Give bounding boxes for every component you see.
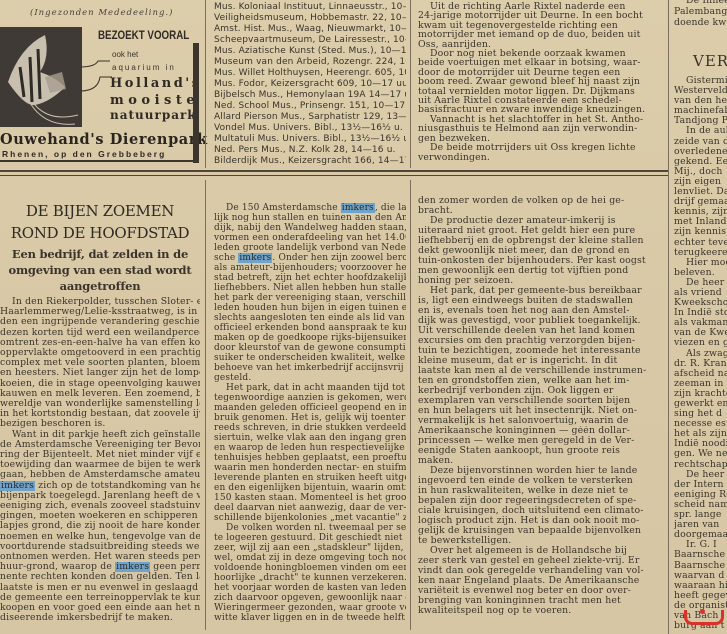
text-line: lenvliet. Dat (674, 187, 727, 197)
text-line: Gistermiddag (674, 76, 727, 86)
text-line: en waarop de leden hun respectievelijke … (214, 443, 406, 453)
museum-listing: Mus. Willet Holthuysen, Heerengr. 605, 1… (214, 68, 406, 79)
text-line: Want in dit parkje heeft zich geïnstalle… (0, 430, 200, 440)
text-line: noemen en welke hun, tengevolge van de (0, 532, 200, 542)
text-line: kauwen en melk leveren. Een zoemend, bez… (0, 389, 200, 399)
text-line: gelijk de kruisingen van bepaalde bijenv… (418, 526, 663, 536)
search-highlight: imkers (0, 481, 35, 491)
text-line: zich daarvoor opgeven, gewoonlijk naar d… (214, 593, 406, 603)
text-line: is, ligt een eindweegs buiten de stadswa… (418, 296, 663, 306)
right-column-article: GistermiddagWesterveldvan den heermachin… (674, 76, 727, 634)
text-line: men gewoonlijk een dertig tot vijftien p… (418, 266, 663, 276)
museum-listing: Amst. Hist. Mus., Waag, Nieuwmarkt, 10—1… (214, 24, 406, 35)
text-line: Oss, aanrijden. (418, 40, 663, 49)
text-line: Uit de richting Aarle Rixtel naderde een (418, 2, 663, 11)
text-line: slechts aangesloten ten einde als lid va… (214, 313, 406, 323)
text-line: door kleurstof van de gewone consumptie- (214, 343, 406, 353)
text-line: gewerkt en (674, 399, 727, 409)
ad-text: natuurpark (110, 108, 197, 122)
text-line: waarin men honderden nectar- en stuifmee… (214, 463, 406, 473)
text-line: spr. lange (674, 510, 727, 520)
text-line: brenging van koninginnen tracht men het (418, 596, 663, 606)
text-line: van den heer (674, 96, 727, 106)
text-line: en hun belagers uit het insectenrijk. Ni… (418, 406, 663, 416)
text-line: lijk nog hun stallen en tuinen aan den A… (214, 213, 406, 223)
text-line: ring der Bijenteelt. Met niet minder vij… (0, 450, 200, 460)
text-line: door de motorrijder uit Deurne tegen een (418, 68, 663, 77)
text-line: basisfractuur en zware inwendige kneuzin… (418, 105, 663, 114)
text-line: bezigen beschoren is. (0, 419, 200, 429)
text-line: dijk, nabij den Wandelweg hadden staan, (214, 223, 406, 233)
text-line: rechtschape (674, 460, 727, 470)
text-line: liefhebbers. Niet allen hebben hun stall… (214, 283, 406, 293)
text-line: en is, evenals toen het nog aan den Amst… (418, 306, 663, 316)
text-line: imkers zich op de totstandkoming van het (0, 481, 200, 491)
text-line: doende kwam (674, 17, 727, 28)
text-line: Wieringermeer gezonden, waar groote veld… (214, 603, 406, 613)
text-line: eeniging zich, evenals zooveel stadstuin… (0, 501, 200, 511)
text-line: beide voertuigen met elkaar in botsing, … (418, 58, 663, 67)
column-divider (205, 0, 206, 168)
text-line: dijk was gevestigd, voor publiek toegank… (418, 316, 663, 326)
red-annotation-dot (700, 609, 705, 614)
text-line: witte klaver liggen en in de tweede helf… (214, 613, 406, 623)
text-line: gen bezweken. (418, 134, 663, 143)
text-line: zeer sterk van gestel en geheel ziekte-v… (418, 556, 663, 566)
text-line: laatste kan men al de verschillende inst… (418, 366, 663, 376)
text-line: gekend. Een (674, 157, 727, 167)
text-line: ciale kruisingen, doch uitsluitend een c… (418, 506, 663, 516)
text-line: Haarlemmerweg/Lelie-ksstraatweg, is in h… (0, 307, 200, 317)
text-line: doorgemaal (674, 530, 727, 540)
text-line: in het kortstondig bestaan, dat zoovele … (0, 409, 200, 419)
text-line: vindt dan ook geregelde verhandeling van… (418, 566, 663, 576)
search-highlight: imkers (238, 253, 272, 263)
section-rule (0, 175, 668, 176)
text-line: verwondingen. (418, 153, 663, 162)
text-line: eenigde Staten aankoopt, hun groote reis (418, 446, 663, 456)
text-line: tenhuisjes hebben geplaatst, een proeftu… (214, 453, 406, 463)
museum-listings: Mus. Koloniaal Instituut, Linnaeusstr., … (214, 2, 406, 167)
text-line: kwam uit tegenovergestelde richting een (418, 21, 663, 30)
ad-text: aquarium in (112, 63, 176, 72)
column-divider (410, 0, 411, 168)
text-line: beleven. (674, 268, 727, 278)
ad-headline: BEZOEKT VOORAL (98, 30, 189, 42)
text-line: dr. R. Kran (674, 359, 727, 369)
text-line: huur-grond, waarop de imkers geen perma- (0, 562, 200, 572)
text-line: honing per seizoen. (418, 276, 663, 286)
text-line: uit Aarle Rixtel constateerde een schede… (418, 96, 663, 105)
text-line: De productie dezer amateur-imkerij is (418, 216, 663, 226)
text-line: bracht. (418, 206, 663, 216)
text-line: bruik genomen. Het is, gelijk wij toente… (214, 413, 406, 423)
ad-location: Rhenen, op den Grebbeberg (2, 149, 166, 159)
text-line: waarvan d (674, 571, 727, 581)
text-line: oppervlakte omgetooverd in een prachtig … (0, 348, 200, 358)
text-line: toewijding dan waarmee de bijen te werk (0, 460, 200, 470)
text-line: den een ingrijpende verandering geschied… (0, 317, 200, 327)
text-line: zijn eigen (674, 177, 727, 187)
ad-border (193, 43, 199, 163)
text-line: sche imkers. Onder hen zijn zoowel beroe… (214, 253, 406, 263)
text-line: gen. We ne (674, 449, 727, 459)
text-line: overledene (674, 147, 727, 157)
text-line: maken. (418, 456, 663, 466)
text-line: viezen en g (674, 338, 727, 348)
text-line: ten en grondstoffen zien, welke aan het … (418, 376, 663, 386)
text-line: uiteraard niet groot. Het geldt hier een… (418, 226, 663, 236)
text-line: Over het algemeen is de Hollandsche bij (418, 546, 663, 556)
text-line: niusgasthuis te Helmond aan zijn verwond… (418, 124, 663, 133)
text-line: Deze bijenvorstinnen worden hier te land… (418, 466, 663, 476)
newspaper-page: (Ingezonden Mededeeling.) BEZOEKT VOORAL… (0, 0, 727, 634)
text-line: ontnomen werden. Het waren steeds percee… (0, 552, 200, 562)
text-line: tegenwoordige aanzien is gekomen, werd d… (214, 393, 406, 403)
text-line: scheid nam (674, 500, 727, 510)
text-line: tuin-onkosten der bijenhouders. Per kast… (418, 256, 663, 266)
text-line: Amerikaansche koninginnen — géén dollar- (418, 426, 663, 436)
ad-text: mooiste (110, 93, 199, 108)
text-line: necesse est, (674, 419, 727, 429)
museum-listing: Mus. Aziatische Kunst (Sted. Mus.), 10—1… (214, 46, 406, 57)
text-line: Baarnsche (674, 550, 727, 560)
museum-listing: Scheepvaartmuseum, De Lairessestr., 10—1… (214, 35, 406, 46)
text-line: der Intern (674, 480, 727, 490)
text-line: de Amsterdamsche Vereeniging ter Bevorde… (0, 440, 200, 450)
pointer-lines (80, 55, 112, 95)
museum-listing: Veiligheidsmuseum, Hobbemastr. 22, 10—16… (214, 13, 406, 24)
text-line: behoeve van het imkerbedrijf accijnsvrij… (214, 363, 406, 373)
text-line: kennis, zijn (674, 207, 727, 217)
text-line: kerbedrijf verbonden zijn. Ook liggen er (418, 386, 663, 396)
column-divider (410, 180, 411, 630)
text-line: drijf gemaakt (674, 197, 727, 207)
text-line: van de Kwe (674, 328, 727, 338)
text-line: stad betreft, zijn het echter hoofdzakel… (214, 273, 406, 283)
text-line: zeide van de (674, 137, 727, 147)
text-line: eeniging Ro (674, 490, 727, 500)
text-line: waaraan hij (674, 581, 727, 591)
text-line: bijenpark toegelegd. Jarenlang heeft de … (0, 491, 200, 501)
text-line: 150 kasten staan. Momenteel is het groot… (214, 493, 406, 503)
museum-listing: Multatuli Mus. Univers. Bibl., 13½—16½ u… (214, 134, 406, 145)
text-line: voldoende honingbloemen vinden om een be… (214, 563, 406, 573)
text-line: laatste is men er nu evenwel in geslaagd… (0, 583, 200, 593)
text-line: Mij., doch (674, 167, 727, 177)
text-line: motorrijder met iemand op de duo, beiden… (418, 30, 663, 39)
text-line: dekt gewoonlijk niet meer, dan de grond … (418, 246, 663, 256)
text-line: terugkeeren (674, 248, 727, 258)
text-line: Indië noodig (674, 439, 727, 449)
article-column-1: In den Riekerpolder, tusschen Sloter- en… (0, 297, 200, 627)
text-line: te bewerkstelligen. (418, 536, 663, 546)
text-line: vormen een onderafdeeling van het 14.000 (214, 233, 406, 243)
text-line: heeft gegev (674, 591, 727, 601)
text-line: maanden geleden officieel geopend en in … (214, 403, 406, 413)
text-line: 24-jarige motorrijder uit Deurne. In een… (418, 11, 663, 20)
text-line: wel, omdat zij in deze omgeving toch noo… (214, 553, 406, 563)
text-line: als vakman (674, 318, 727, 328)
text-line: Ir. G. I (674, 540, 727, 550)
text-line: gaan, hebben de Amsterdamsche amateur- (0, 470, 200, 480)
text-line: vermakelijk is het salonvoertuig, waarin… (418, 416, 663, 426)
text-line: als amateur-bijenhouders; voorzoover het… (214, 263, 406, 273)
text-line: maken op de goedkoope rijks-bijensuiker,… (214, 333, 406, 343)
text-line: gesteld. (214, 373, 406, 383)
text-line: leden groote landelijk verbond van Neder… (214, 243, 406, 253)
text-line: Het park, dat in acht maanden tijd tot h… (214, 383, 406, 393)
text-line: lapjes grond, die zij nooit de hare kond… (0, 521, 200, 531)
text-line: siertuin, welke vlak aan den ingang gren… (214, 433, 406, 443)
museum-listing: Museum van den Arbeid, Rozengr. 224, 10—… (214, 57, 406, 68)
text-line: Tandjong Priok (674, 116, 727, 126)
text-line: In den Riekerpolder, tusschen Sloter- en (0, 297, 200, 307)
text-line: deel daarvan niet aanwezig, daar de ver- (214, 503, 406, 513)
text-line: voortdurende stadsuitbreiding steeds wee… (0, 542, 200, 552)
museum-listing: Ned. School Mus., Prinsengr. 151, 10—17 … (214, 101, 406, 112)
text-line: leden houden hun bijen in eigen tuinen e… (214, 303, 406, 313)
text-line: excursies om den prachtig verzorgden bij… (418, 336, 663, 346)
article-column-3: den zomer worden de volken op de hei ge-… (418, 196, 663, 626)
text-line: schillende bijenkolonies „met vacantie" … (214, 513, 406, 523)
text-line: zijn krachte (674, 389, 727, 399)
accident-article: Uit de richting Aarle Rixtel naderde een… (418, 2, 663, 167)
museum-listing: Bilderdijk Mus., Keizersgracht 166, 14—1… (214, 156, 406, 167)
text-line: tuin te bezichtigen, zoomede het interes… (418, 346, 663, 356)
text-line: kleine museum, dat er is ingericht. In d… (418, 356, 663, 366)
text-line: Het park, dat per gemeente-bus bereikbaa… (418, 286, 663, 296)
text-line: de gemeente een terreinoppervlak te kunn… (0, 593, 200, 603)
text-line: De 150 Amsterdamsche imkers, die laatste… (214, 203, 406, 213)
text-line: koeien, die in stage opeenvolging kauwen… (0, 379, 200, 389)
text-line: De volken worden nl. tweemaal per seizoe… (214, 523, 406, 533)
text-line: gingen, moeten woekeren en schipperen op (0, 511, 200, 521)
text-line: dezen korten tijd werd een weilandpercee… (0, 328, 200, 338)
text-line: afscheid nam (674, 369, 727, 379)
museum-listing: Ned. Pers Mus., N.Z. Kolk 28, 14—16 u. (214, 145, 406, 156)
text-line: totaal vernielden motor liggen. Dr. Dijk… (418, 87, 663, 96)
text-line: zeer, wijl zij aan een „stadskleur" lijd… (214, 543, 406, 553)
museum-listing: Vondel Mus. Univers. Bibl., 13½—16½ u. (214, 123, 406, 134)
text-line: zeeman in z (674, 379, 727, 389)
text-line: exemplaren van verschillende soorten bij… (418, 396, 663, 406)
text-line: met Inland (674, 217, 727, 227)
text-line: het park der vereeniging staan, verschil… (214, 293, 406, 303)
text-line: princessen — welke men geregeld in de Ve… (418, 436, 663, 446)
text-line: in hun raskwaliteiten, welke in deze nie… (418, 486, 663, 496)
text-line: hoorlijke „dracht" te kunnen verzekeren.… (214, 573, 406, 583)
text-line: reeds schreven, in drie stukken verdeeld… (214, 423, 406, 433)
text-line: zijn kennis (674, 227, 727, 237)
text-line: boom reed. Zwaar gewond bleef hij naast … (418, 77, 663, 86)
text-line: logisch product zijn. Het is dan ook noo… (418, 516, 663, 526)
text-line: Palembangsche (674, 6, 727, 17)
text-line: De heer (674, 470, 727, 480)
text-line: machinefabriek (674, 106, 727, 116)
text-line: koopen en voor goed een einde aan het no… (0, 603, 200, 613)
text-line: nente rechten konden doen gelden. Ten la… (0, 572, 200, 582)
text-line: bepalen zijn door regeeringsdecreten of … (418, 496, 663, 506)
ad-border (0, 160, 199, 162)
museum-listing: Bijbelsch Mus., Hemonylaan 19A 14—17 uur… (214, 90, 406, 101)
text-line: kwaliteitspeil nog op te voeren. (418, 606, 663, 616)
text-line: liefhebberij en de opbrengst der kleine … (418, 236, 663, 246)
text-line: en den eigenlijken bijentuin, waarin omt… (214, 483, 406, 493)
text-line: Baarnsche (674, 561, 727, 571)
article-headline: DE BIJEN ZOEMEN ROND DE HOOFDSTAD (0, 200, 200, 244)
text-line: Westerveld (674, 86, 727, 96)
text-line: ken naar Engeland plaats. De Amerikaansc… (418, 576, 663, 586)
text-line: ingevoerd ten einde de volken te verster… (418, 476, 663, 486)
ad-note: (Ingezonden Mededeeling.) (30, 8, 173, 18)
text-line: Vannacht is het slachtoffer in het St. A… (418, 115, 663, 124)
ad-text: Holland's (110, 76, 202, 91)
ad-brand: Ouwehand's Dierenpark (0, 131, 208, 148)
search-highlight: imkers (115, 562, 150, 572)
museum-listing: Allard Pierson Mus., Sarphatistr 129, 13… (214, 112, 406, 123)
text-line: omtrent zes-en-een-halve ha van effen ko… (0, 338, 200, 348)
angelfish-illustration (0, 27, 82, 127)
right-column-heading: VERA (693, 52, 727, 70)
article-subheadline: Een bedrijf, dat zelden in de omgeving v… (0, 246, 200, 294)
text-line: variëteit is evenwel nog beter en door o… (418, 586, 663, 596)
text-line: en heesters. Niet langer zijn het de lom… (0, 368, 200, 378)
text-line: Door nog niet bekende oorzaak kwamen (418, 49, 663, 58)
text-line: wereldje van wonderlijke samenstelling l… (0, 399, 200, 409)
right-column-top: De InheemschePalembangschedoende kwam (674, 0, 727, 30)
text-line: als vriend (674, 288, 727, 298)
museum-listing: Mus. Fodor, Keizersgracht 609, 10—17 uur… (214, 79, 406, 90)
text-line: De heer (674, 278, 727, 288)
text-line: Kweekschoo (674, 298, 727, 308)
text-line: het voorjaar worden de kasten van leden,… (214, 583, 406, 593)
text-line: te logeeren gestuurd. Dit geschiedt niet… (214, 533, 406, 543)
column-divider (205, 180, 206, 630)
section-rule (0, 170, 668, 172)
text-line: De beide motrrijders uit Oss kregen lich… (418, 143, 663, 152)
text-line: den zomer worden de volken op de hei ge- (418, 196, 663, 206)
article-column-2: De 150 Amsterdamsche imkers, die laatste… (214, 203, 406, 628)
text-line: diseerende imkersbedrijf te maken. (0, 613, 200, 623)
text-line: In de aula (674, 126, 727, 136)
column-divider (668, 0, 669, 634)
text-line: officieel erkenden bond aanspraak te kun… (214, 323, 406, 333)
text-line: sing het d (674, 409, 727, 419)
text-line: suiker te onderscheiden kwaliteit, welke… (214, 353, 406, 363)
text-line: In Indië sto (674, 308, 727, 318)
text-line: Als zwag (674, 349, 727, 359)
text-line: Hier moc (674, 258, 727, 268)
text-line: het als zijn (674, 429, 727, 439)
text-line: complex met vele soorten planten, bloeme… (0, 358, 200, 368)
text-line: leverende planten en struiken heeft uitg… (214, 473, 406, 483)
text-line: Uit verschillende deelen van het land ko… (418, 326, 663, 336)
search-highlight: imkers (341, 203, 375, 213)
text-line: echter teve (674, 238, 727, 248)
museum-listing: Mus. Koloniaal Instituut, Linnaeusstr., … (214, 2, 406, 13)
ad-text: ook het (112, 50, 138, 59)
text-line: jaren van (674, 520, 727, 530)
